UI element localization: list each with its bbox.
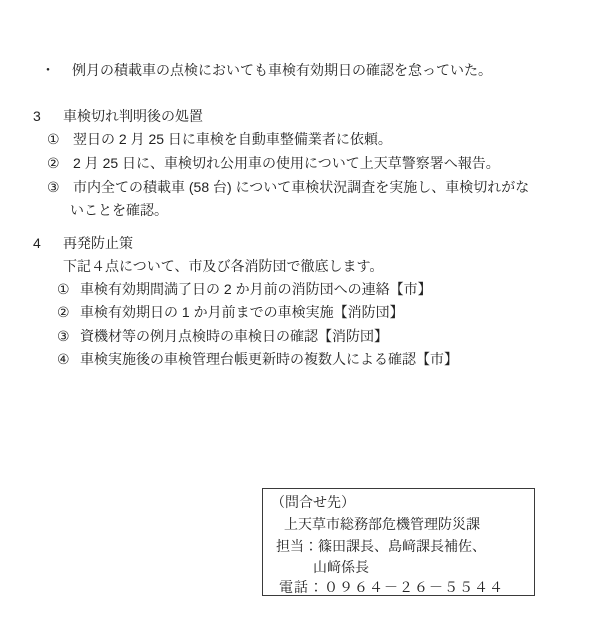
item-number: ③ — [57, 328, 80, 345]
section-3-title: 車検切れ判明後の処置 — [63, 108, 203, 124]
list-item: ③資機材等の例月点検時の車検日の確認【消防団】 — [57, 328, 388, 345]
intro-note: ・例月の積載車の点検においても車検有効期日の確認を怠っていた。 — [41, 62, 492, 79]
item-text: 車検実施後の車検管理台帳更新時の複数人による確認【市】 — [80, 351, 458, 367]
lead-text: 下記４点について、市及び各消防団で徹底します。 — [63, 258, 383, 274]
contact-organization: 上天草市総務部危機管理防災課 — [284, 516, 480, 533]
item-number: ④ — [57, 351, 80, 368]
contact-staff-continued: 山﨑係長 — [313, 559, 369, 576]
list-item: ④車検実施後の車検管理台帳更新時の複数人による確認【市】 — [57, 351, 458, 368]
item-text: 2 月 25 日に、車検切れ公用車の使用について上天草警察署へ報告。 — [73, 155, 500, 171]
bullet-marker: ・ — [41, 62, 72, 79]
section-3-heading: 3車検切れ判明後の処置 — [33, 108, 203, 125]
item-text: 車検有効期日の 1 か月前までの車検実施【消防団】 — [80, 304, 404, 320]
section-4-title: 再発防止策 — [63, 235, 133, 251]
list-item: ③市内全ての積載車 (58 台) について車検状況調査を実施し、車検切れがな — [47, 179, 529, 196]
contact-phone: 電話：０９６４－２６－５５４４ — [279, 579, 504, 596]
section-4-heading: 4再発防止策 — [33, 235, 133, 252]
list-item: ②車検有効期日の 1 か月前までの車検実施【消防団】 — [57, 304, 404, 321]
list-item-continuation: いことを確認。 — [70, 202, 168, 219]
item-text: いことを確認。 — [70, 202, 168, 218]
item-text: 車検有効期間満了日の 2 か月前の消防団への連絡【市】 — [80, 281, 432, 297]
document-page: ・例月の積載車の点検においても車検有効期日の確認を怠っていた。 3車検切れ判明後… — [0, 0, 600, 644]
intro-note-text: 例月の積載車の点検においても車検有効期日の確認を怠っていた。 — [72, 62, 492, 78]
item-number: ② — [57, 304, 80, 321]
item-number: ② — [47, 155, 73, 172]
contact-staff: 担当：篠田課長、島﨑課長補佐、 — [276, 538, 486, 555]
contact-heading: （問合せ先） — [271, 494, 355, 511]
item-number: ③ — [47, 179, 73, 196]
item-number: ① — [57, 281, 80, 298]
section-4-lead: 下記４点について、市及び各消防団で徹底します。 — [63, 258, 383, 275]
contact-box: （問合せ先） 上天草市総務部危機管理防災課 担当：篠田課長、島﨑課長補佐、 山﨑… — [262, 488, 535, 596]
item-text: 資機材等の例月点検時の車検日の確認【消防団】 — [80, 328, 388, 344]
item-text: 翌日の 2 月 25 日に車検を自動車整備業者に依頼。 — [73, 131, 392, 147]
list-item: ①車検有効期間満了日の 2 か月前の消防団への連絡【市】 — [57, 281, 432, 298]
section-4-number: 4 — [33, 235, 63, 252]
section-3-number: 3 — [33, 108, 63, 125]
list-item: ①翌日の 2 月 25 日に車検を自動車整備業者に依頼。 — [47, 131, 392, 148]
item-text: 市内全ての積載車 (58 台) について車検状況調査を実施し、車検切れがな — [73, 179, 529, 195]
list-item: ②2 月 25 日に、車検切れ公用車の使用について上天草警察署へ報告。 — [47, 155, 500, 172]
item-number: ① — [47, 131, 73, 148]
